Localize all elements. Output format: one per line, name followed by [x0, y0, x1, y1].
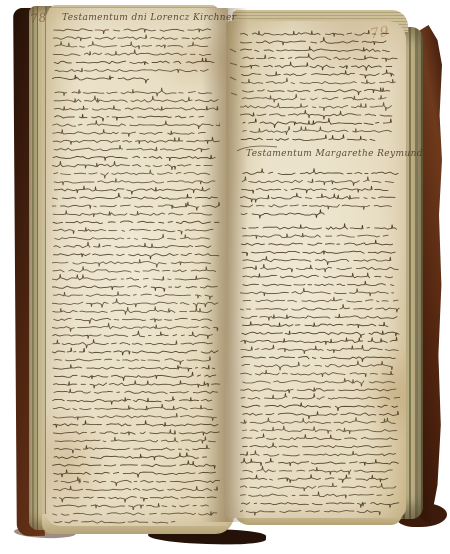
- left-page-heading: Testamentum dni Lorencz Kirchner: [62, 13, 212, 23]
- folio-number-left: 78: [29, 10, 48, 26]
- handwriting-left: [52, 26, 220, 526]
- margin-nota-marks: [228, 46, 240, 112]
- handwriting-right: [240, 30, 400, 518]
- heading-flourish: [236, 144, 278, 154]
- manuscript-photo: 78 Testamentum dni Lorencz Kirchner 79 T…: [0, 0, 450, 554]
